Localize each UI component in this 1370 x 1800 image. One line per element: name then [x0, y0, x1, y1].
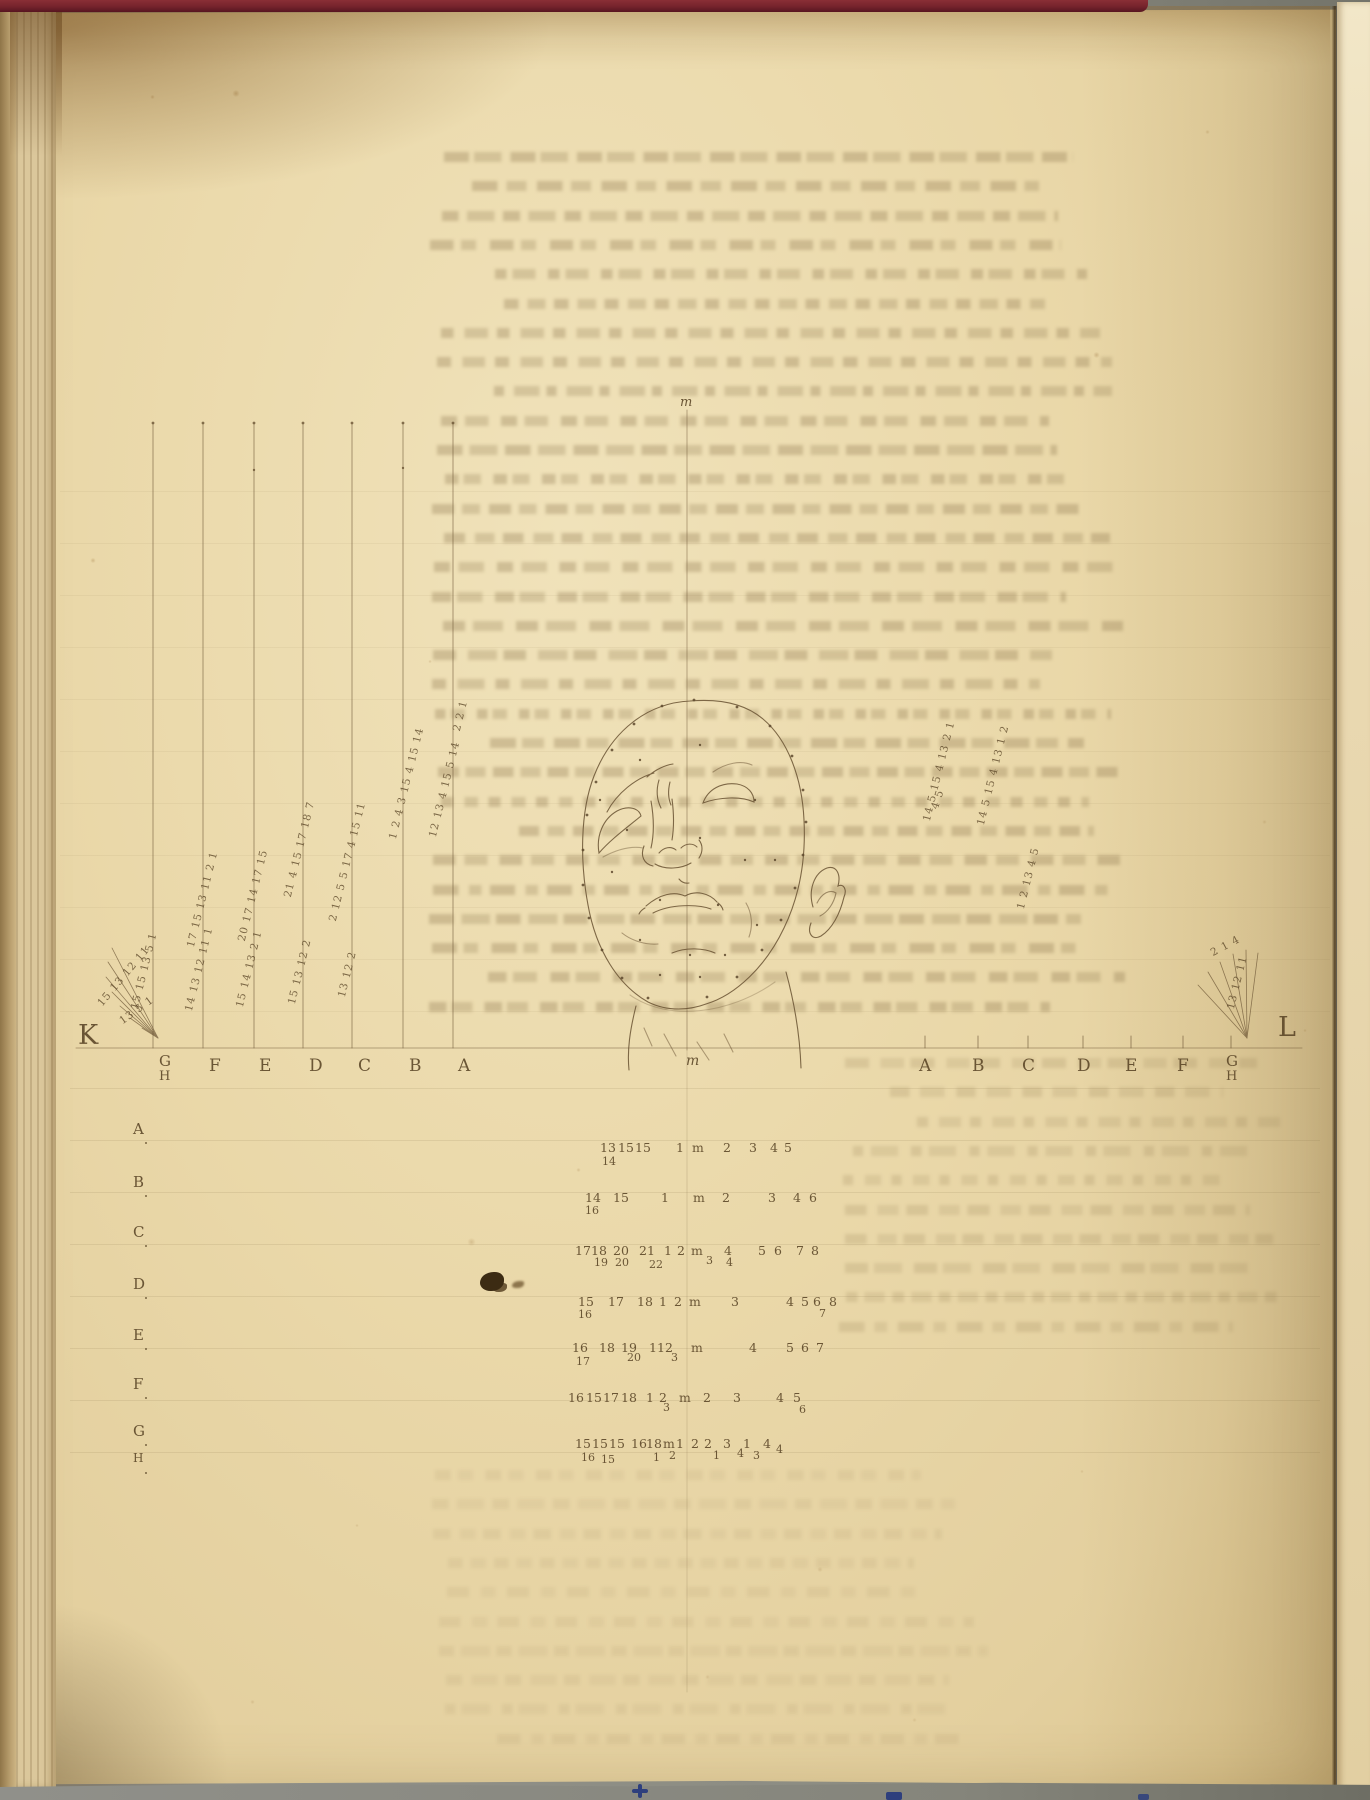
glabella-marks [657, 780, 671, 808]
row-label-D: D [133, 1277, 145, 1292]
adjacent-page-edge [1337, 2, 1370, 1790]
measure-row-E-token: 11 [649, 1342, 665, 1355]
row-label-dot [145, 1195, 147, 1197]
row-label-E: E [133, 1328, 144, 1343]
measure-row-G-H-token: 2 [704, 1438, 712, 1451]
foxing-spot [467, 1238, 476, 1246]
measure-row-A-token: 13 [600, 1142, 616, 1155]
measure-row-F-token: 6 [799, 1404, 806, 1415]
measure-row-B-token: 3 [768, 1192, 776, 1205]
head-drawing [583, 700, 846, 1070]
row-label-H: H [133, 1452, 143, 1464]
measure-row-A-token: 15 [635, 1142, 651, 1155]
measure-row-D-token: 15 [578, 1296, 594, 1309]
measure-row-E-token: 7 [816, 1342, 824, 1355]
foxing-spot [1093, 352, 1100, 358]
measure-row-G-H-token: 1 [653, 1452, 660, 1463]
ear [810, 867, 846, 937]
right-tick-marks [925, 1036, 1231, 1048]
left-eyebrow [607, 764, 673, 812]
right-line-label-C: C [1022, 1058, 1035, 1075]
manuscript-scan: K L m m GHFEDCBAABCDEFGHABCDEFGH13151514… [0, 0, 1370, 1800]
left-line-label-C: C [358, 1058, 371, 1075]
row-label-G: G [133, 1424, 145, 1439]
left-line-label-A: A [458, 1058, 470, 1075]
measure-row-F-token: 1 [646, 1392, 654, 1405]
measure-row-B-token: m [693, 1192, 705, 1205]
measure-row-A-token: 1 [676, 1142, 684, 1155]
measure-row-B-token: 2 [722, 1192, 730, 1205]
right-line-label-B: B [972, 1058, 985, 1075]
measure-row-C-token: 7 [796, 1245, 804, 1258]
measure-row-E-token: 5 [786, 1342, 794, 1355]
measure-row-A-token: 3 [749, 1142, 757, 1155]
measure-row-A-token: m [692, 1142, 704, 1155]
row-label-dot [145, 1397, 147, 1399]
measure-row-E-token: 3 [671, 1352, 678, 1363]
measure-row-G-H-token: 15 [575, 1438, 591, 1451]
measure-row-B-token: 4 [793, 1192, 801, 1205]
measure-row-C-token: 2 [677, 1245, 685, 1258]
measure-row-C-token: 3 [706, 1255, 713, 1266]
mouth [639, 893, 723, 914]
measure-row-D-token: 1 [659, 1296, 667, 1309]
measure-row-C-token: 19 [594, 1257, 608, 1268]
measure-row-A-token: 14 [602, 1156, 616, 1167]
row-label-A: A [133, 1122, 144, 1137]
measure-row-B-token: 16 [585, 1205, 599, 1216]
right-line-label-H: H [1226, 1070, 1237, 1083]
right-line-label-E: E [1125, 1058, 1137, 1075]
nose-bridge [651, 799, 674, 848]
row-label-dot [145, 1472, 147, 1474]
head-outline [583, 700, 805, 1009]
measure-row-E-token: 20 [627, 1352, 641, 1363]
left-line-label-E: E [259, 1058, 271, 1075]
measure-row-C-token: 4 [726, 1257, 733, 1268]
measure-row-C-token: 8 [811, 1245, 819, 1258]
measure-row-A-token: 4 [770, 1142, 778, 1155]
measure-row-C-token: 1 [664, 1245, 672, 1258]
measure-row-G-H-token: 1 [743, 1438, 751, 1451]
measure-row-C-token: 17 [575, 1245, 591, 1258]
fiducial-mark [886, 1792, 902, 1800]
page-deckle-edge [16, 6, 56, 1788]
measure-row-B-token: 14 [585, 1192, 601, 1205]
measure-row-F-token: 4 [776, 1392, 784, 1405]
book-spine-edge [0, 6, 16, 1788]
measure-row-C-token: 6 [774, 1245, 782, 1258]
measure-row-D-token: 4 [786, 1296, 794, 1309]
measure-row-F-token: 15 [586, 1392, 602, 1405]
row-label-dot [145, 1245, 147, 1247]
measure-row-E-token: 6 [801, 1342, 809, 1355]
measure-row-G-H-token: 16 [631, 1438, 647, 1451]
measure-row-G-H-token: 4 [776, 1444, 783, 1455]
measure-row-D-token: 18 [637, 1296, 653, 1309]
measure-row-F-token: 18 [621, 1392, 637, 1405]
fiducial-mark [632, 1789, 648, 1793]
measure-row-D-token: 3 [731, 1296, 739, 1309]
measure-row-C-token: 20 [615, 1257, 629, 1268]
right-eyebrow [713, 763, 752, 772]
measure-row-C-token: m [691, 1245, 703, 1258]
row-label-dot [145, 1142, 147, 1144]
measure-row-A-token: 15 [618, 1142, 634, 1155]
measure-row-E-token: 16 [572, 1342, 588, 1355]
right-corner-label: L [1278, 1014, 1296, 1041]
measure-row-G-H-token: 15 [592, 1438, 608, 1451]
measure-row-G-H-token: 4 [763, 1438, 771, 1451]
row-label-dot [145, 1348, 147, 1350]
measure-row-B-token: 6 [809, 1192, 817, 1205]
row-label-F: F [133, 1377, 143, 1392]
left-line-label-H: H [159, 1070, 170, 1083]
construction-dots [582, 699, 808, 1000]
measure-row-G-H-token: 16 [581, 1452, 595, 1463]
measure-row-G-H-token: 18 [646, 1438, 662, 1451]
row-label-dot [145, 1444, 147, 1446]
left-eye [598, 808, 641, 853]
ear-inner [817, 891, 836, 916]
book-cover-top [0, 0, 1148, 12]
measure-row-A-token: 2 [723, 1142, 731, 1155]
measure-row-D-token: 7 [819, 1308, 826, 1319]
measure-row-G-H-token: 2 [691, 1438, 699, 1451]
measure-row-G-H-token: 3 [753, 1450, 760, 1461]
chin-crease [672, 949, 715, 953]
measure-row-E-token: 18 [599, 1342, 615, 1355]
measure-row-D-token: 2 [674, 1296, 682, 1309]
row-label-dot [145, 1297, 147, 1299]
measure-row-A-token: 5 [784, 1142, 792, 1155]
left-line-label-F: F [209, 1058, 221, 1075]
left-line-label-D: D [309, 1058, 323, 1075]
right-line-label-D: D [1077, 1058, 1091, 1075]
left-line-label-B: B [409, 1058, 422, 1075]
measure-row-G-H-token: 15 [601, 1454, 615, 1465]
fiducial-mark [1138, 1794, 1149, 1800]
measure-row-E-token: 4 [749, 1342, 757, 1355]
right-line-label-A: A [919, 1058, 931, 1075]
measure-row-F-token: 2 [703, 1392, 711, 1405]
measure-row-G-H-token: 2 [669, 1450, 676, 1461]
center-bottom-label: m [686, 1054, 699, 1068]
measure-row-G-H-token: 3 [723, 1438, 731, 1451]
measure-row-E-token: m [691, 1342, 703, 1355]
neck-lines [628, 972, 801, 1070]
foxing-spot [232, 90, 240, 97]
measure-row-D-token: 5 [801, 1296, 809, 1309]
measure-row-D-token: 17 [608, 1296, 624, 1309]
right-line-label-F: F [1177, 1058, 1189, 1075]
center-top-label: m [680, 396, 692, 409]
row-label-C: C [133, 1225, 144, 1240]
right-line-label-G: G [1226, 1054, 1238, 1069]
measure-row-D-token: 16 [578, 1309, 592, 1320]
measure-row-G-H-token: 1 [676, 1438, 684, 1451]
left-corner-label: K [78, 1022, 98, 1049]
measure-row-F-token: 17 [603, 1392, 619, 1405]
left-line-label-G: G [159, 1054, 171, 1069]
measure-row-B-token: 1 [661, 1192, 669, 1205]
row-label-B: B [133, 1175, 144, 1190]
measure-row-G-H-token: 1 [713, 1450, 720, 1461]
cranium-arc [630, 982, 775, 1011]
measure-row-F-token: 3 [733, 1392, 741, 1405]
measure-row-B-token: 15 [613, 1192, 629, 1205]
measure-row-G-H-token: 15 [609, 1438, 625, 1451]
measure-row-C-token: 21 [639, 1245, 655, 1258]
right-eye [703, 784, 754, 803]
measure-row-E-token: 17 [576, 1356, 590, 1367]
measure-row-C-token: 22 [649, 1259, 663, 1270]
measure-row-D-token: m [689, 1296, 701, 1309]
measure-row-F-token: m [679, 1392, 691, 1405]
measure-row-C-token: 5 [758, 1245, 766, 1258]
measure-row-F-token: 3 [663, 1402, 670, 1413]
measure-row-D-token: 8 [829, 1296, 837, 1309]
left-lower-lid [603, 847, 643, 857]
deckle-stain [10, 6, 62, 156]
measure-row-F-token: 16 [568, 1392, 584, 1405]
